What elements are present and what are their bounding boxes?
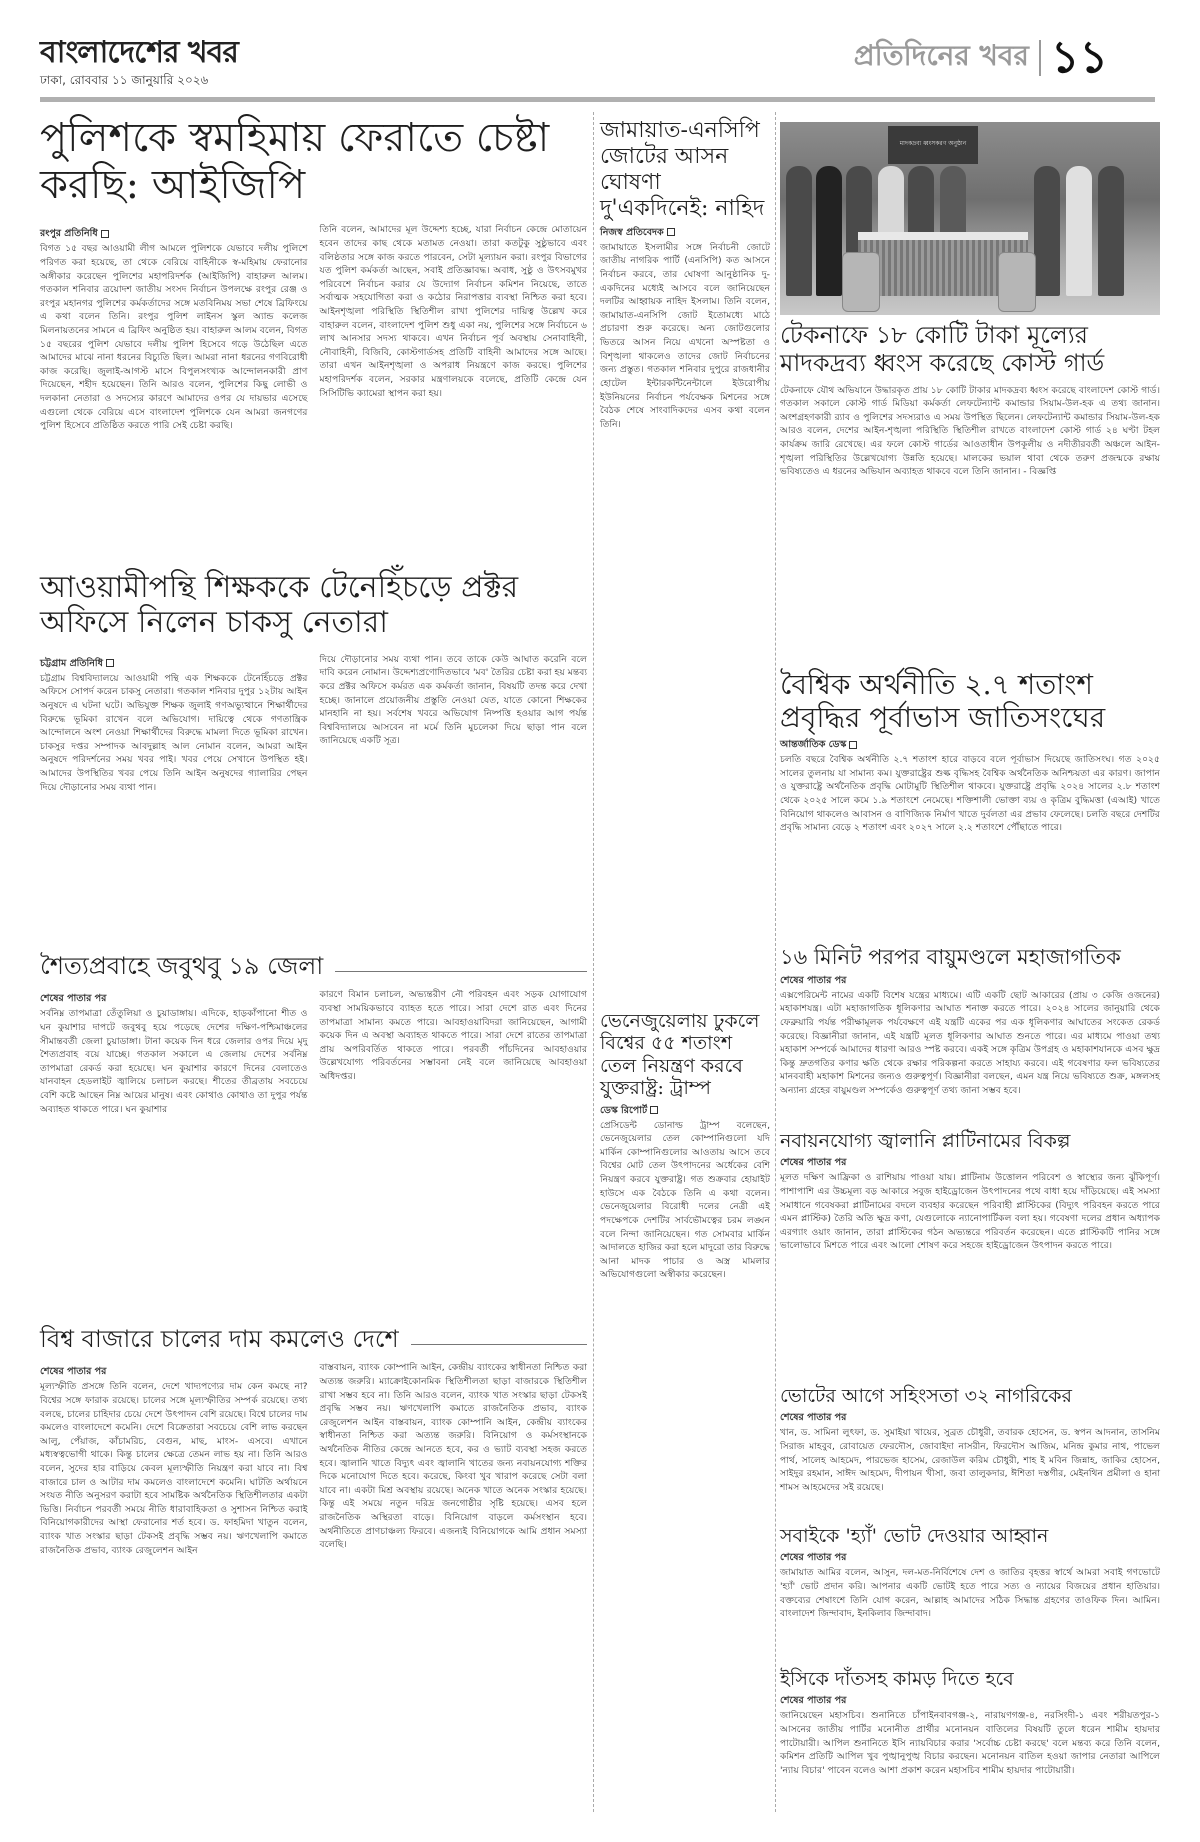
headline: জামায়াত-এনসিপি জোটের আসন ঘোষণা দু'একদিন… [600, 118, 770, 222]
article-igp: পুলিশকে স্বমহিমায় ফেরাতে চেষ্টা করছি: আ… [40, 115, 587, 433]
article-body: টেকনাফে যৌথ অভিযানে উদ্ধারকৃত প্রায় ১৮ … [780, 384, 1160, 479]
headline: ১৬ মিনিট পরপর বায়ুমণ্ডলে মহাজাগতিক [780, 945, 1160, 970]
article-cosmic-dust: ১৬ মিনিট পরপর বায়ুমণ্ডলে মহাজাগতিক শেষে… [780, 945, 1160, 1098]
byline: শেষের পাতার পর [780, 974, 1160, 989]
article-body: তিনি বলেন, আমাদের মূল উদ্দেশ্য হচ্ছে, যা… [320, 223, 588, 433]
headline: টেকনাফে ১৮ কোটি টাকা মূল্যের মাদকদ্রব্য … [780, 321, 1160, 378]
article-ec: ইসিকে দাঁতসহ কামড় দিতে হবে শেষের পাতার … [780, 1668, 1160, 1777]
article-chaksu: আওয়ামীপন্থি শিক্ষককে টেনেহিঁচড়ে প্রক্ট… [40, 570, 587, 794]
byline: নিজস্ব প্রতিবেদক [600, 226, 770, 241]
article-body: বাস্তবায়ন, ব্যাংক কোম্পানি আইন, কেন্দ্র… [320, 1361, 588, 1557]
article-body: দিয়ে দৌড়ানোর সময় ব্যথা পান। তবে তাকে … [320, 653, 588, 794]
column-divider [775, 112, 776, 1812]
headline: শৈত্যপ্রবাহে জবুথবু ১৯ জেলা [40, 952, 323, 980]
byline: শেষের পাতার পর [780, 1551, 1160, 1566]
headline-rule [411, 1344, 587, 1345]
byline: শেষের পাতার পর [780, 1694, 1160, 1709]
article-body: চট্টগ্রাম বিশ্ববিদ্যালয়ে আওয়ামী পন্থি … [40, 672, 308, 794]
byline: চট্টগ্রাম প্রতিনিধি [40, 657, 308, 672]
article-teknaf: মাদকদ্রব্য ধ্বংসকরণ অনুষ্ঠান টেকনাফে ১৮ … [780, 122, 1160, 479]
article-body: জামায়াতে ইসলামীর সঙ্গে নির্বাচনী জোটে জ… [600, 241, 770, 432]
section-divider [1039, 40, 1041, 76]
headline: বিশ্ব বাজারে চালের দাম কমলেও দেশে [40, 1325, 399, 1353]
headline: ভেনেজুয়েলায় ঢুকলে বিশ্বের ৫৫ শতাংশ তেল… [600, 1010, 770, 1100]
headline: ইসিকে দাঁতসহ কামড় দিতে হবে [780, 1668, 1160, 1690]
article-yes-vote: সবাইকে 'হ্যাঁ' ভোট দেওয়ার আহ্বান শেষের … [780, 1525, 1160, 1621]
article-global-economy: বৈশ্বিক অর্থনীতি ২.৭ শতাংশ প্রবৃদ্ধির পূ… [780, 668, 1160, 835]
article-body: মূলত দক্ষিণ আফ্রিকা ও রাশিয়ায় পাওয়া য… [780, 1171, 1160, 1253]
byline: ডেস্ক রিপোর্ট [600, 1104, 770, 1119]
article-jamaat-ncp: জামায়াত-এনসিপি জোটের আসন ঘোষণা দু'একদিন… [600, 118, 770, 431]
article-body: কারণে বিমান চলাচল, অভ্যন্তরীণ নৌ পরিবহন … [320, 988, 588, 1116]
article-body: জানিয়েছেন মহাসচিব। শুনানিতে চাঁপাইনবাবগ… [780, 1709, 1160, 1777]
article-body: মূল্যস্ফীতি প্রসঙ্গে তিনি বলেন, দেশে খাদ… [40, 1380, 308, 1557]
masthead-rule [40, 97, 1155, 102]
article-body: প্রেসিডেন্ট ডোনাল্ড ট্রাম্প বলেছেন, ভেনে… [600, 1119, 770, 1282]
article-body: খান, ড. সামিনা লুৎফা, ড. সুমাইয়া খায়ের… [780, 1426, 1160, 1494]
article-body: বিগত ১৫ বছর আওয়ামী লীগ আমলে পুলিশকে যেভ… [40, 242, 308, 433]
byline: শেষের পাতার পর [40, 1365, 308, 1380]
section-header: প্রতিদিনের খবর ১১ [854, 34, 1108, 81]
byline: রংপুর প্রতিনিধি [40, 227, 308, 242]
article-citizens: ভোটের আগে সহিংসতা ৩২ নাগরিকের শেষের পাতা… [780, 1385, 1160, 1494]
byline: শেষের পাতার পর [780, 1411, 1160, 1426]
headline: ভোটের আগে সহিংসতা ৩২ নাগরিকের [780, 1385, 1160, 1407]
article-body: চলতি বছরে বৈশ্বিক অর্থনীতি ২.৭ শতাংশ হার… [780, 753, 1160, 835]
article-body: সর্বনিম্ন তাপমাত্রা তেঁতুলিয়া ও চুয়াডা… [40, 1007, 308, 1116]
article-rice-price: বিশ্ব বাজারে চালের দাম কমলেও দেশে শেষের … [40, 1325, 587, 1557]
page-number: ১১ [1051, 36, 1108, 80]
column-divider [593, 112, 594, 1812]
article-cold-wave: শৈত্যপ্রবাহে জবুথবু ১৯ জেলা শেষের পাতার … [40, 952, 587, 1116]
byline: শেষের পাতার পর [780, 1156, 1160, 1171]
headline-rule [335, 971, 587, 972]
article-venezuela: ভেনেজুয়েলায় ঢুকলে বিশ্বের ৫৫ শতাংশ তেল… [600, 1010, 770, 1282]
photo-banner: মাদকদ্রব্য ধ্বংসকরণ অনুষ্ঠান [888, 126, 978, 164]
headline: আওয়ামীপন্থি শিক্ষককে টেনেহিঁচড়ে প্রক্ট… [40, 570, 587, 641]
headline: নবায়নযোগ্য জ্বালানি প্লাটিনামের বিকল্প [780, 1130, 1160, 1152]
dateline: ঢাকা, রোববার ১১ জানুয়ারি ২০২৬ [40, 72, 208, 92]
headline: বৈশ্বিক অর্থনীতি ২.৭ শতাংশ প্রবৃদ্ধির পূ… [780, 668, 1160, 734]
article-body: জামায়াত আমির বলেন, আসুন, দল-মত-নির্বিশে… [780, 1566, 1160, 1620]
news-photo: মাদকদ্রব্য ধ্বংসকরণ অনুষ্ঠান [780, 122, 1160, 315]
byline: শেষের পাতার পর [40, 992, 308, 1007]
section-name: প্রতিদিনের খবর [854, 34, 1029, 81]
article-platinum: নবায়নযোগ্য জ্বালানি প্লাটিনামের বিকল্প … [780, 1130, 1160, 1253]
byline: আন্তর্জাতিক ডেস্ক [780, 738, 1160, 753]
article-body: এক্সপেরিমেন্ট নামের একটি বিশেষ যন্ত্রের … [780, 989, 1160, 1098]
headline: সবাইকে 'হ্যাঁ' ভোট দেওয়ার আহ্বান [780, 1525, 1160, 1547]
headline: পুলিশকে স্বমহিমায় ফেরাতে চেষ্টা করছি: আ… [40, 115, 587, 209]
masthead: বাংলাদেশের খবর ঢাকা, রোববার ১১ জানুয়ারি… [40, 28, 1160, 98]
